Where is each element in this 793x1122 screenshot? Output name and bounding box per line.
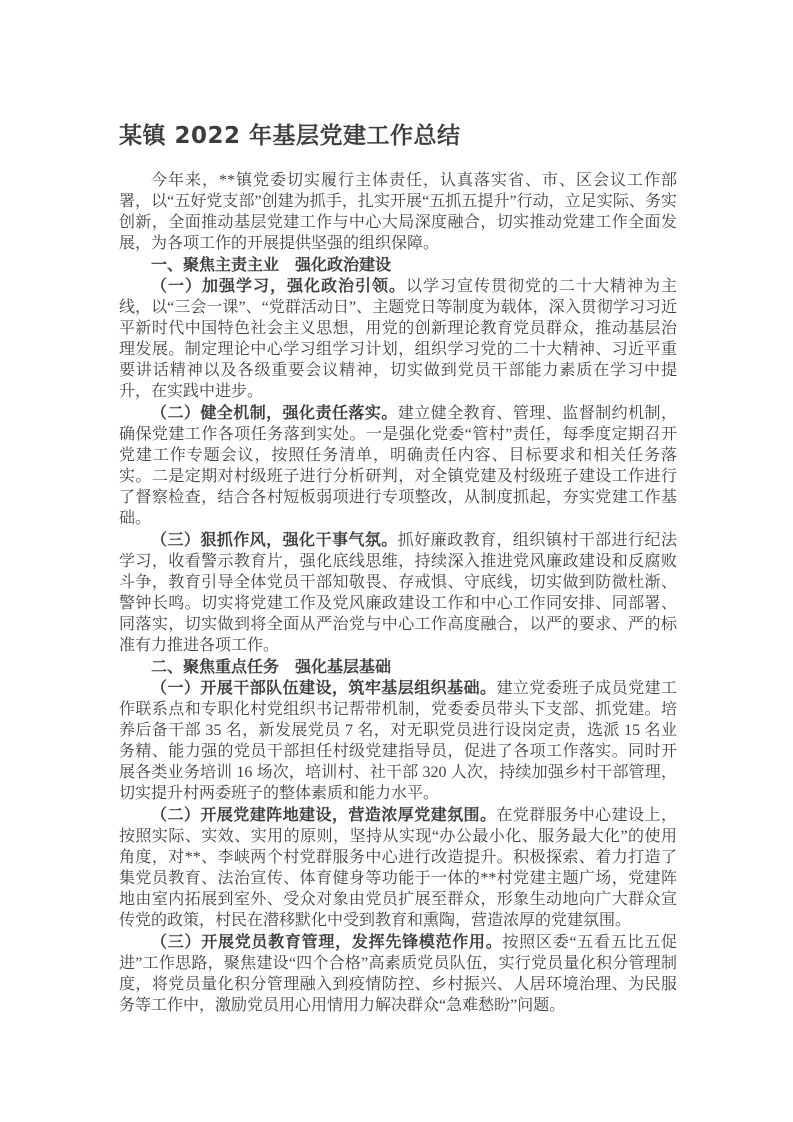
document-content-area: 某镇 2022 年基层党建工作总结 今年来，**镇党委切实履行主体责任，认真落实… <box>119 121 677 1016</box>
document-title: 某镇 2022 年基层党建工作总结 <box>119 121 677 151</box>
paragraph-body-text: 建立党委班子成员党建工作联系点和专职化村党组织书记帮带机制，党委委员带头下支部、… <box>119 680 677 802</box>
document-page: 某镇 2022 年基层党建工作总结 今年来，**镇党委切实履行主体责任，认真落实… <box>0 0 793 1122</box>
body-paragraph: （三）开展党员教育管理，发挥先锋模范作用。按照区委“五看五比五促进”工作思路，聚… <box>119 931 677 1016</box>
paragraph-lead-text: （二）开展党建阵地建设，营造浓厚党建氛围。 <box>151 805 496 824</box>
paragraph-body-text: 在党群服务中心建设上，按照实际、实效、实用的原则，坚持从实现“办公最小化、服务最… <box>119 807 677 929</box>
paragraph-lead-text: （二）健全机制，强化责任落实。 <box>151 403 398 422</box>
body-paragraph: （二）开展党建阵地建设，营造浓厚党建氛围。在党群服务中心建设上，按照实际、实效、… <box>119 804 677 931</box>
paragraph-body-text: 抓好廉政教育，组织镇村干部进行纪法学习，收看警示教育片，强化底线思维，持续深入推… <box>119 532 677 654</box>
body-paragraph: 今年来，**镇党委切实履行主体责任，认真落实省、市、区会议工作部署，以“五好党支… <box>119 170 677 254</box>
body-paragraph: （一）开展干部队伍建设，筑牢基层组织基础。建立党委班子成员党建工作联系点和专职化… <box>119 677 677 804</box>
body-paragraph: （一）加强学习，强化政治引领。以学习宣传贯彻党的二十大精神为主线，以“三会一课”… <box>119 275 677 402</box>
section-heading: 一、聚焦主责主业 强化政治建设 <box>119 254 677 275</box>
body-paragraph: （三）狠抓作风，强化干事气氛。抓好廉政教育，组织镇村干部进行纪法学习，收看警示教… <box>119 529 677 656</box>
paragraph-body-text: 今年来，**镇党委切实履行主体责任，认真落实省、市、区会议工作部署，以“五好党支… <box>119 172 677 252</box>
paragraph-lead-text: （一）加强学习，强化政治引领。 <box>151 276 406 295</box>
section-heading: 二、聚焦重点任务 强化基层基础 <box>119 656 677 677</box>
body-paragraph: （二）健全机制，强化责任落实。建立健全教育、管理、监督制约机制，确保党建工作各项… <box>119 402 677 529</box>
paragraph-lead-text: （一）开展干部队伍建设，筑牢基层组织基础。 <box>151 678 496 697</box>
paragraph-body-text: 建立健全教育、管理、监督制约机制，确保党建工作各项任务落到实处。一是强化党委“管… <box>119 405 677 527</box>
paragraph-lead-text: （三）狠抓作风，强化干事气氛。 <box>151 530 398 549</box>
paragraph-lead-text: （三）开展党员教育管理，发挥先锋模范作用。 <box>151 932 503 951</box>
document-body: 今年来，**镇党委切实履行主体责任，认真落实省、市、区会议工作部署，以“五好党支… <box>119 170 677 1016</box>
paragraph-body-text: 以学习宣传贯彻党的二十大精神为主线，以“三会一课”、“党群活动日”、主题党日等制… <box>119 278 677 400</box>
